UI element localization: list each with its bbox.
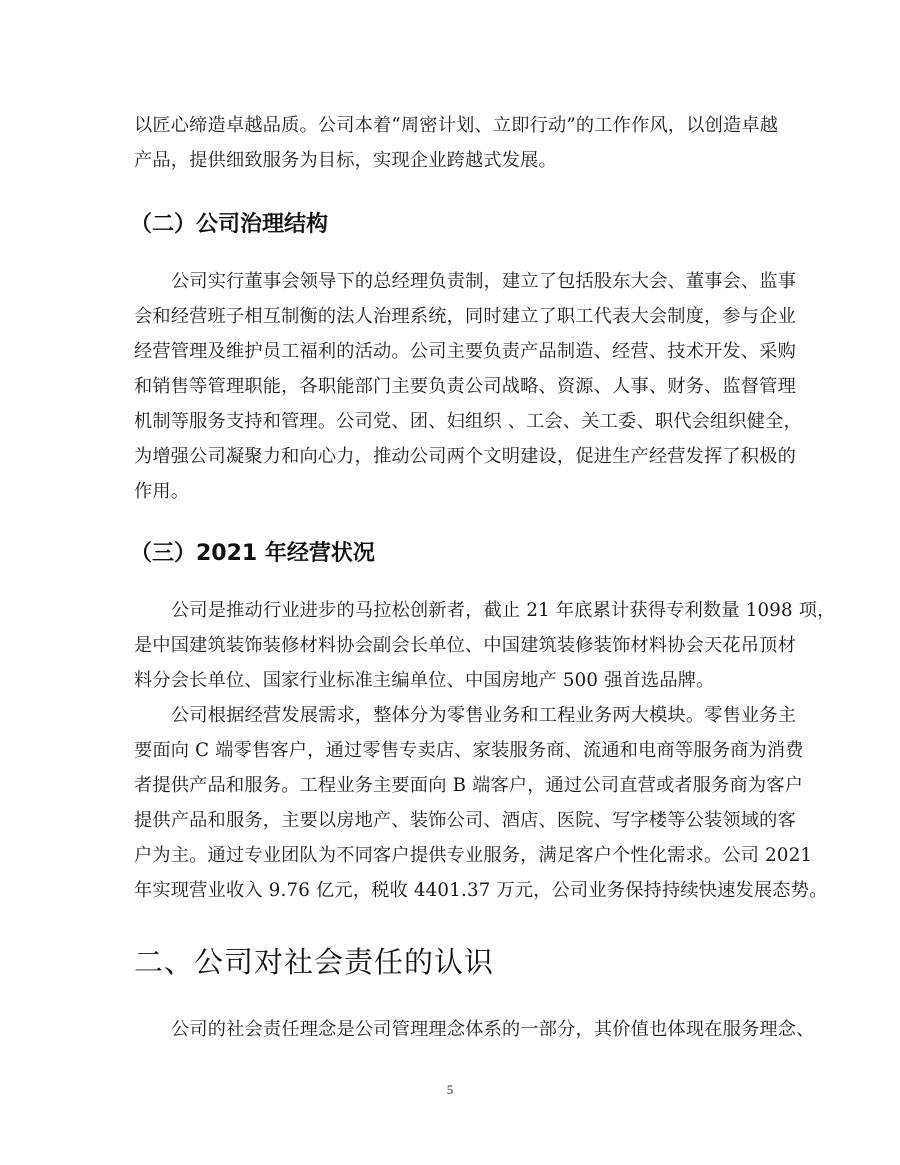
paragraph-line: 公司根据经营发展需求，整体分为零售业务和工程业务两大模块。零售业务主 xyxy=(134,698,774,733)
paragraph-line: 产品，提供细致服务为目标，实现企业跨越式发展。 xyxy=(134,143,774,178)
paragraph-line: 要面向 C 端零售客户，通过零售专卖店、家装服务商、流通和电商等服务商为消费 xyxy=(134,733,774,768)
paragraph-line: 料分会长单位、国家行业标准主编单位、中国房地产 500 强首选品牌。 xyxy=(134,663,774,698)
paragraph-line: 会和经营班子相互制衡的法人治理系统，同时建立了职工代表大会制度，参与企业 xyxy=(134,299,774,334)
paragraph-line: 者提供产品和服务。工程业务主要面向 B 端客户，通过公司直营或者服务商为客户 xyxy=(134,768,774,803)
paragraph-line: 和销售等管理职能，各职能部门主要负责公司战略、资源、人事、财务、监督管理 xyxy=(134,369,774,404)
paragraph-line: 公司是推动行业进步的马拉松创新者，截止 21 年底累计获得专利数量 1098 项… xyxy=(134,593,774,628)
page-number: 5 xyxy=(0,1082,900,1098)
document-page: 以匠心缔造卓越品质。公司本着“周密计划、立即行动”的工作作风，以创造卓越 产品，… xyxy=(0,0,900,1165)
paragraph-line: 是中国建筑装饰装修材料协会副会长单位、中国建筑装修装饰材料协会天花吊顶材 xyxy=(134,628,774,663)
paragraph-line: 经营管理及维护员工福利的活动。公司主要负责产品制造、经营、技术开发、采购 xyxy=(134,334,774,369)
intro-paragraph: 以匠心缔造卓越品质。公司本着“周密计划、立即行动”的工作作风，以创造卓越 产品，… xyxy=(134,108,774,178)
section-heading-governance: （二）公司治理结构 xyxy=(130,210,774,240)
paragraph-line: 作用。 xyxy=(134,474,774,509)
chapter-heading-social-responsibility: 二、公司对社会责任的认识 xyxy=(134,942,774,982)
paragraph-line: 提供产品和服务，主要以房地产、装饰公司、酒店、医院、写字楼等公装领域的客 xyxy=(134,803,774,838)
paragraph-line: 年实现营业收入 9.76 亿元，税收 4401.37 万元，公司业务保持持续快速… xyxy=(134,873,774,908)
section-heading-operations: （三）2021 年经营状况 xyxy=(130,539,774,569)
operations-paragraph-2: 公司根据经营发展需求，整体分为零售业务和工程业务两大模块。零售业务主 要面向 C… xyxy=(134,698,774,908)
social-responsibility-paragraph: 公司的社会责任理念是公司管理理念体系的一部分，其价值也体现在服务理念、 xyxy=(134,1012,774,1047)
operations-paragraph-1: 公司是推动行业进步的马拉松创新者，截止 21 年底累计获得专利数量 1098 项… xyxy=(134,593,774,698)
governance-paragraph: 公司实行董事会领导下的总经理负责制，建立了包括股东大会、董事会、监事 会和经营班… xyxy=(134,264,774,509)
paragraph-line: 户为主。通过专业团队为不同客户提供专业服务，满足客户个性化需求。公司 2021 xyxy=(134,838,774,873)
paragraph-line: 公司实行董事会领导下的总经理负责制，建立了包括股东大会、董事会、监事 xyxy=(134,264,774,299)
paragraph-line: 公司的社会责任理念是公司管理理念体系的一部分，其价值也体现在服务理念、 xyxy=(134,1012,774,1047)
paragraph-line: 机制等服务支持和管理。公司党、团、妇组织 、工会、关工委、职代会组织健全， xyxy=(134,404,774,439)
page-content: 以匠心缔造卓越品质。公司本着“周密计划、立即行动”的工作作风，以创造卓越 产品，… xyxy=(134,108,774,1047)
paragraph-line: 为增强公司凝聚力和向心力，推动公司两个文明建设，促进生产经营发挥了积极的 xyxy=(134,439,774,474)
paragraph-line: 以匠心缔造卓越品质。公司本着“周密计划、立即行动”的工作作风，以创造卓越 xyxy=(134,108,774,143)
